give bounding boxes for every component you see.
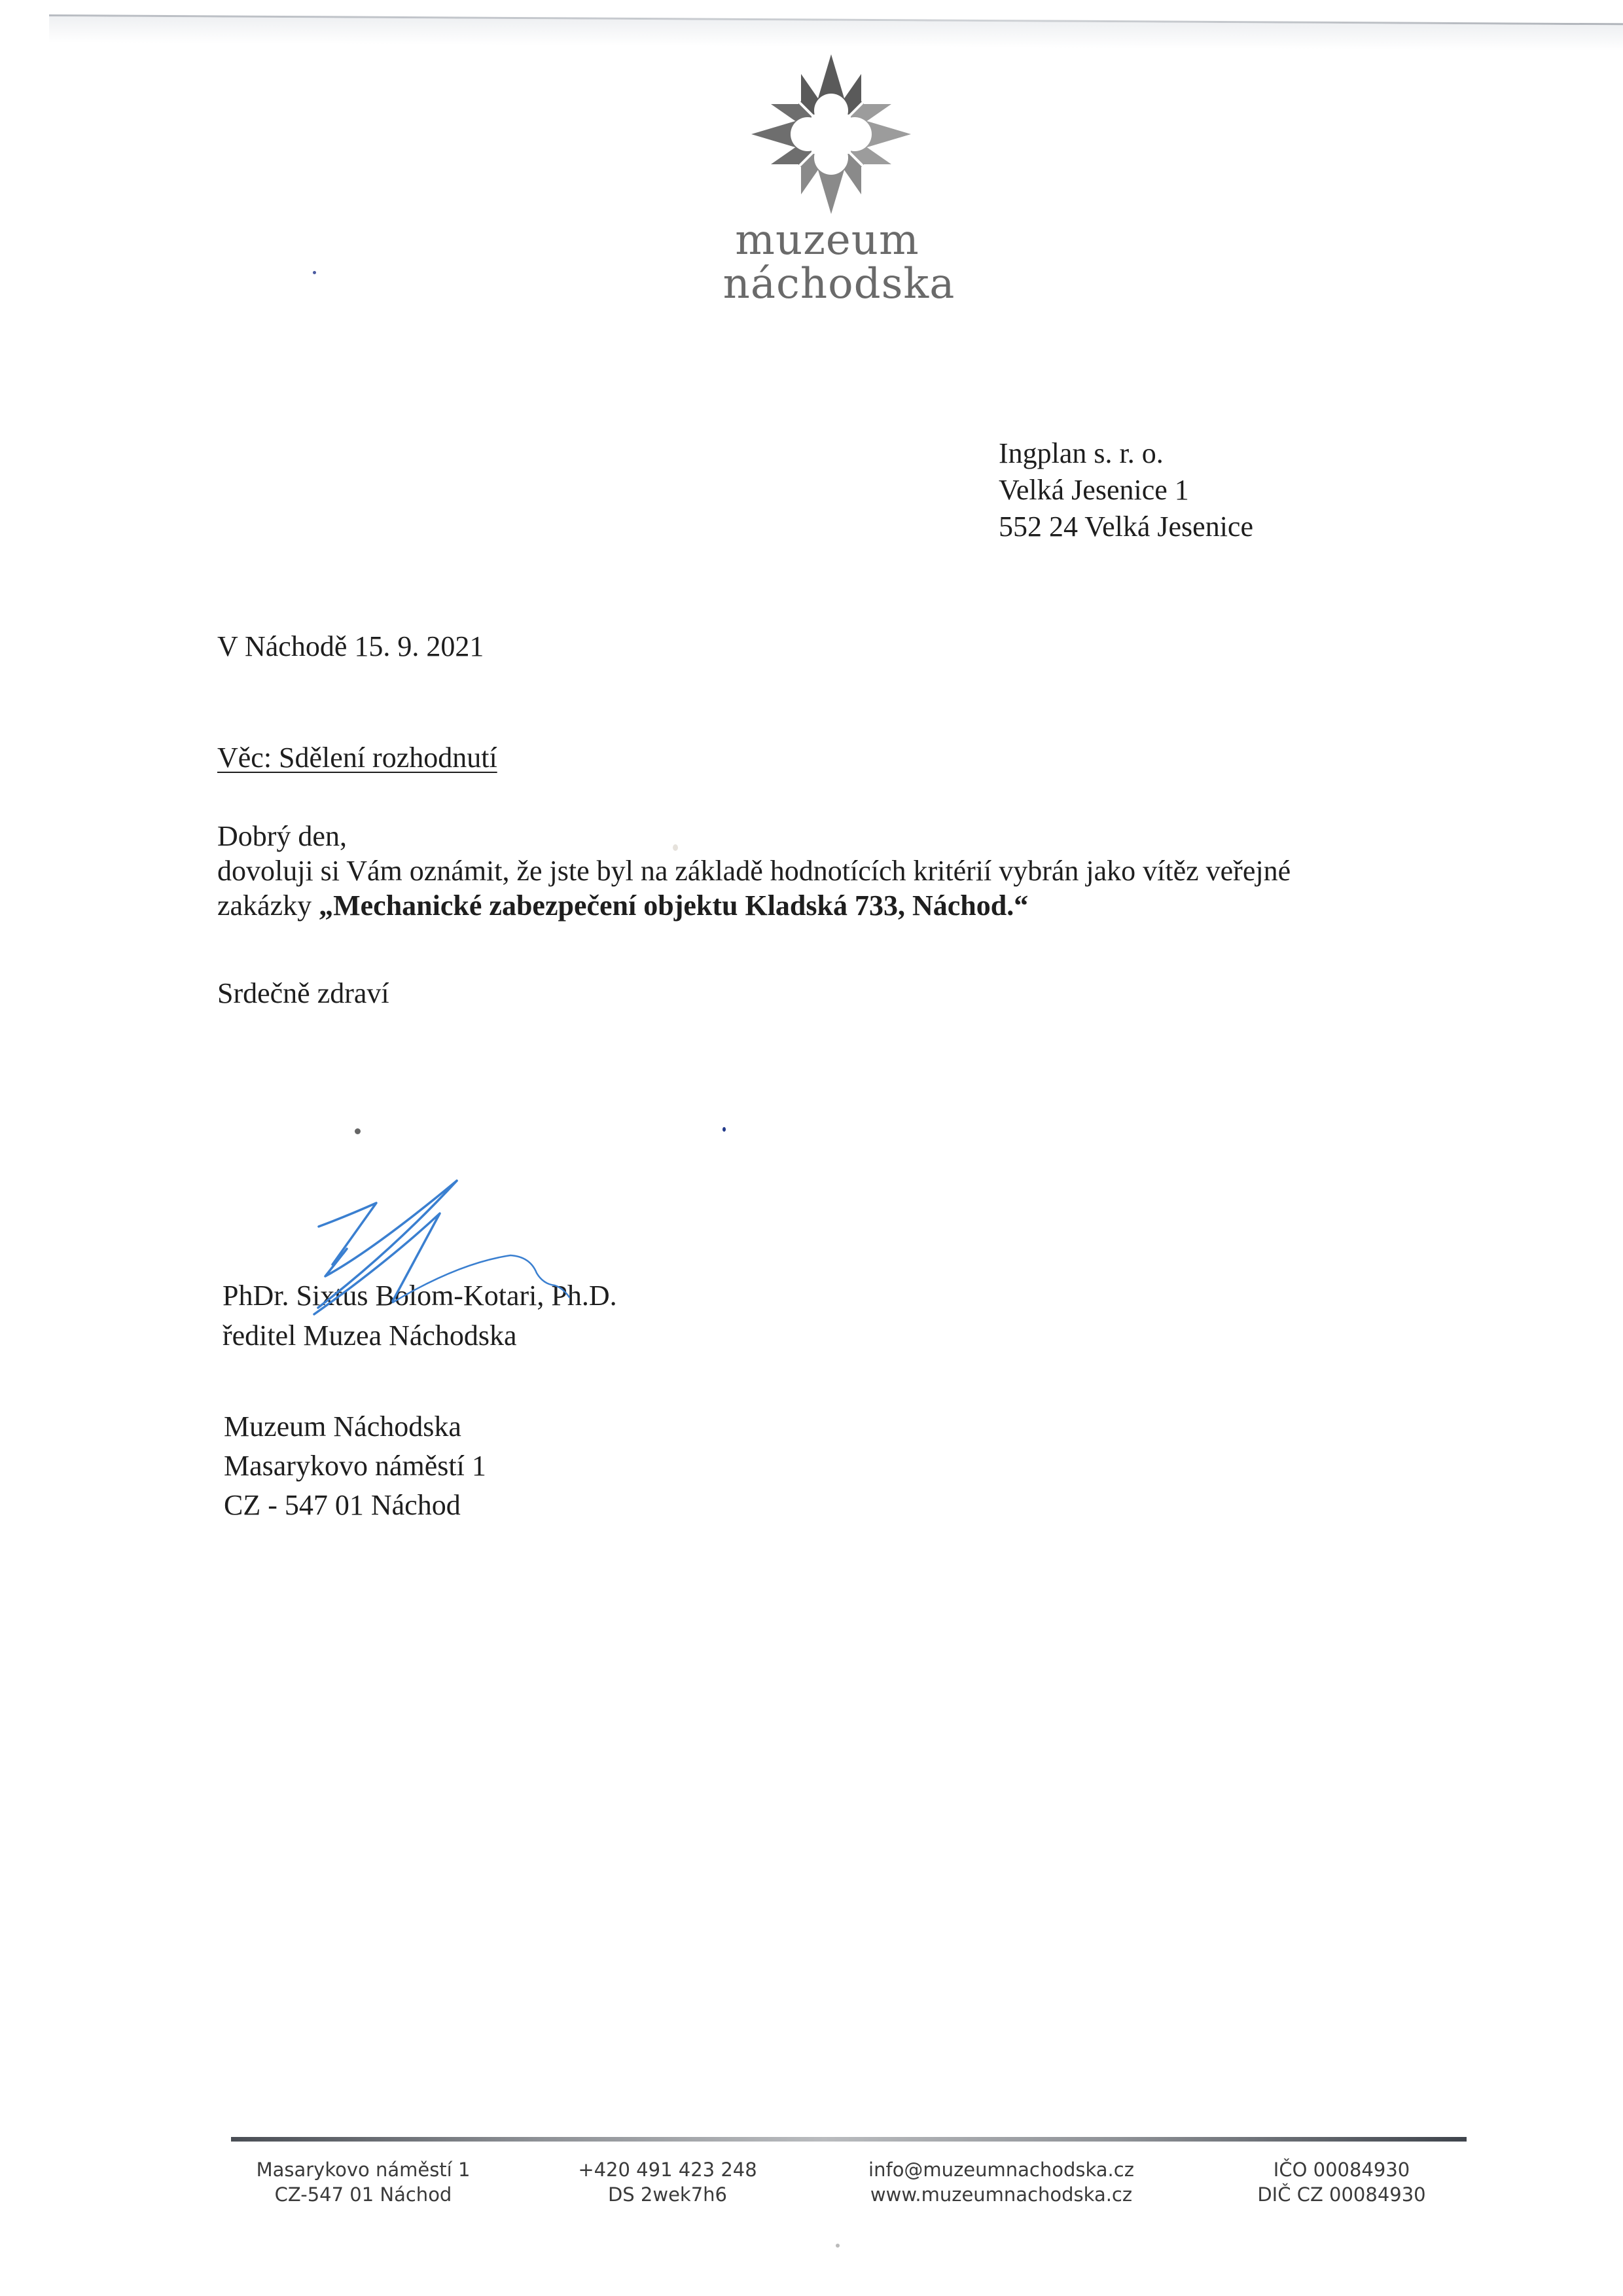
letterhead-logo: muzeum náchodska <box>694 52 969 314</box>
signer-title: ředitel Muzea Náchodska <box>223 1318 617 1357</box>
footer-ids: IČO 00084930 DIČ CZ 00084930 <box>1204 2157 1479 2207</box>
scan-speck <box>836 2244 840 2248</box>
footer-address-line2: CZ-547 01 Náchod <box>226 2182 501 2207</box>
body-line-2-prefix: zakázky <box>217 889 319 922</box>
recipient-company: Ingplan s. r. o. <box>999 435 1253 472</box>
footer-ico: IČO 00084930 <box>1204 2157 1479 2182</box>
compass-star-quatrefoil-icon <box>746 52 916 216</box>
logo-wordmark-nachodska: náchodska <box>702 263 976 305</box>
footer-email: info@muzeumnachodska.cz <box>864 2157 1139 2182</box>
sender-name: Muzeum Náchodska <box>224 1408 486 1448</box>
date-line: V Náchodě 15. 9. 2021 <box>217 628 484 665</box>
subject-line: Věc: Sdělení rozhodnutí <box>217 740 497 776</box>
footer-address-line1: Masarykovo náměstí 1 <box>226 2157 501 2182</box>
recipient-street: Velká Jesenice 1 <box>999 472 1253 509</box>
contract-title: „Mechanické zabezpečení objektu Kladská … <box>319 889 1028 922</box>
scan-speck <box>355 1128 361 1134</box>
logo-wordmark-muzeum: muzeum <box>690 219 965 261</box>
handwritten-signature-icon <box>262 1158 602 1316</box>
footer-data-box: DS 2wek7h6 <box>530 2182 805 2207</box>
footer-divider <box>231 2137 1467 2142</box>
scan-speck <box>313 271 316 274</box>
scan-speck <box>722 1127 726 1132</box>
footer-dic: DIČ CZ 00084930 <box>1204 2182 1479 2207</box>
sender-address: Muzeum Náchodska Masarykovo náměstí 1 CZ… <box>224 1408 486 1526</box>
footer-address: Masarykovo náměstí 1 CZ-547 01 Náchod <box>226 2157 501 2207</box>
body-line-1: dovoluji si Vám oznámit, že jste byl na … <box>217 853 1291 888</box>
recipient-address: Ingplan s. r. o. Velká Jesenice 1 552 24… <box>999 435 1253 545</box>
footer-phone-number: +420 491 423 248 <box>530 2157 805 2182</box>
scan-speck <box>673 844 678 851</box>
sender-street: Masarykovo náměstí 1 <box>224 1448 486 1487</box>
letter-body: Dobrý den, dovoluji si Vám oznámit, že j… <box>217 818 1291 922</box>
footer-website: www.muzeumnachodska.cz <box>864 2182 1139 2207</box>
body-line-2: zakázky „Mechanické zabezpečení objektu … <box>217 888 1291 922</box>
recipient-city: 552 24 Velká Jesenice <box>999 509 1253 545</box>
footer-phone: +420 491 423 248 DS 2wek7h6 <box>530 2157 805 2207</box>
closing-line: Srdečně zdraví <box>217 975 389 1012</box>
greeting: Dobrý den, <box>217 818 1291 853</box>
footer-contact: info@muzeumnachodska.cz www.muzeumnachod… <box>864 2157 1139 2207</box>
sender-city: CZ - 547 01 Náchod <box>224 1487 486 1526</box>
